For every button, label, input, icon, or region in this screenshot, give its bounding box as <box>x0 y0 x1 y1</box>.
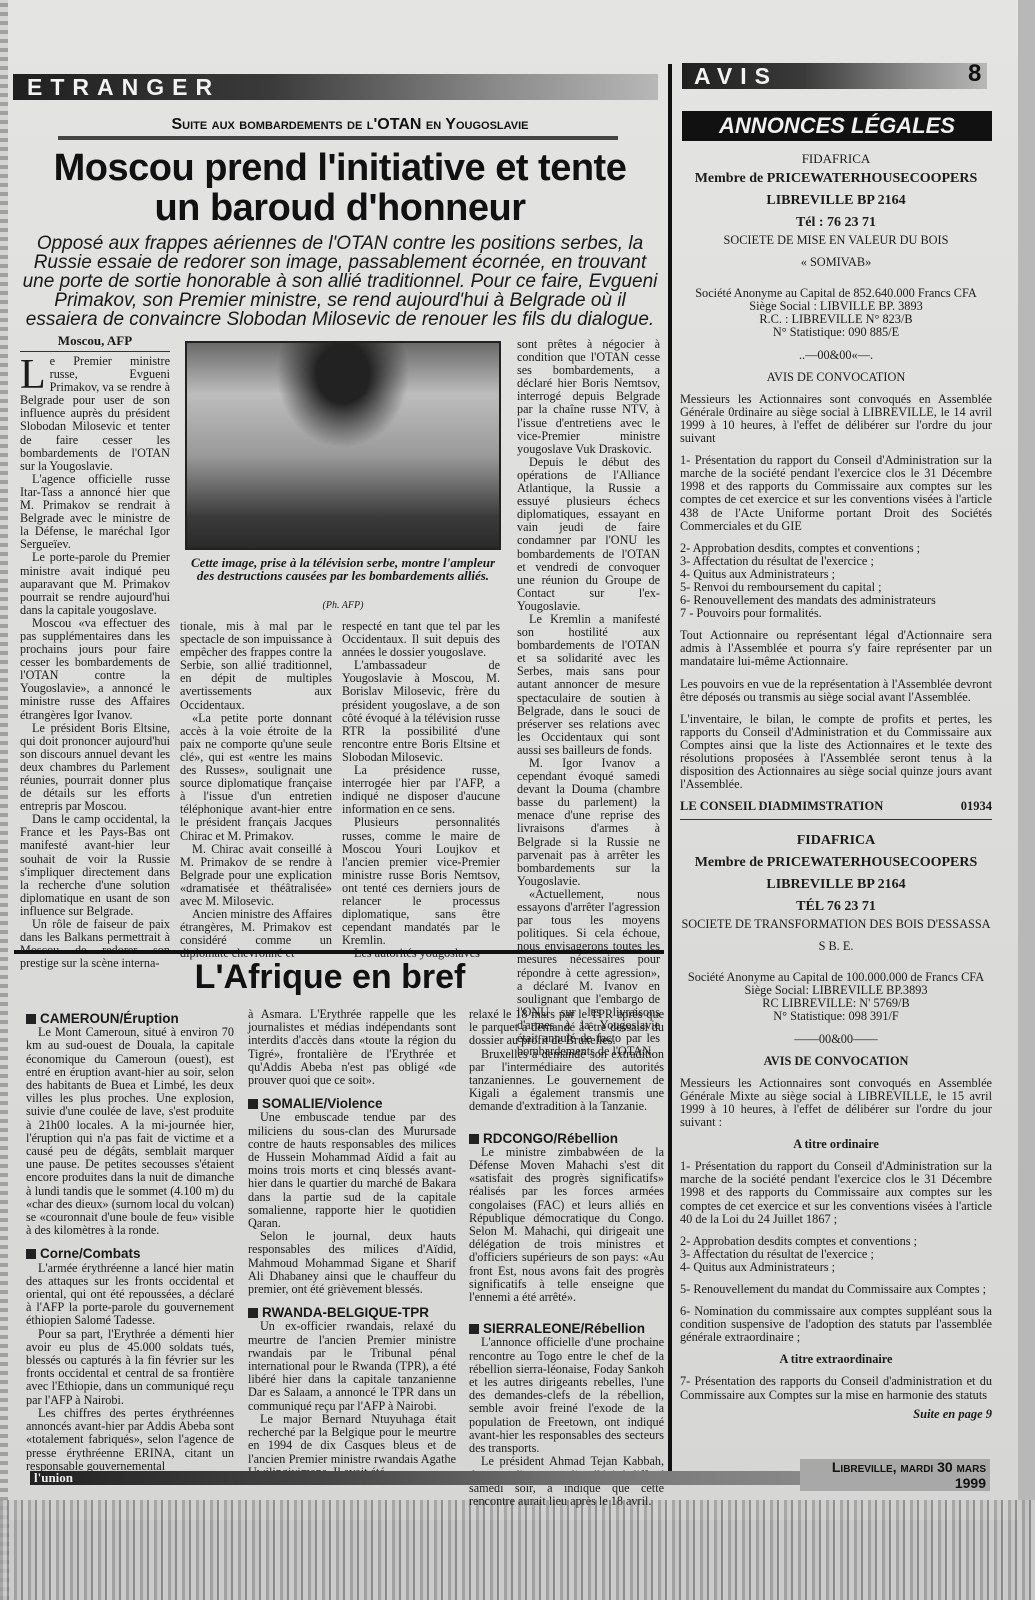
brief-heading: Corne/Combats <box>26 1247 234 1260</box>
notice-stat: N° Statistique: 090 885/E <box>680 326 992 339</box>
notice-separator: ..—00&00«—. <box>680 349 992 362</box>
article-paragraph: Le Kremlin a manifesté son hostilité aux… <box>517 613 660 757</box>
brief-paragraph: Le major Bernard Ntuyuhaga était recherc… <box>248 1413 456 1479</box>
brief-paragraph: Selon le journal, deux hauts responsable… <box>248 1230 456 1296</box>
brief-paragraph: relaxé le 18 mars par le TPR après que l… <box>469 1008 664 1048</box>
brief-heading: CAMEROUN/Éruption <box>26 1012 234 1025</box>
notice-subtitle: A titre ordinaire <box>680 1138 992 1151</box>
agenda-item: 7- Présentation des rapports du Conseil … <box>680 1375 992 1401</box>
brief-heading: SOMALIE/Violence <box>248 1097 456 1110</box>
newspaper-logo: l'union <box>34 1471 73 1485</box>
notice-stat: N° Statistique: 098 391/F <box>680 1010 992 1023</box>
legal-notice-sbe: FIDAFRICA Membre de PRICEWATERHOUSECOOPE… <box>680 830 992 1421</box>
agenda-item: 7 - Pouvoirs pour formalités. <box>680 607 992 620</box>
brief-paragraph: Le ministre zimbabwéen de la Défense Mov… <box>469 1146 664 1304</box>
notice-phone: TÉL 76 23 71 <box>680 896 992 918</box>
brief-heading: RDCONGO/Rébellion <box>469 1132 664 1145</box>
article-paragraph: Depuis le début des opérations de l'Alli… <box>517 456 660 613</box>
square-bullet-icon <box>469 1324 479 1334</box>
article-paragraph: respecté en tant que tel par les Occiden… <box>342 620 500 659</box>
agenda-item: 6- Nomination du commissaire aux comptes… <box>680 1305 992 1344</box>
article-column-3: respecté en tant que tel par les Occiden… <box>342 620 500 960</box>
headline-line-2: un baroud d'honneur <box>20 188 660 228</box>
brief-heading: RWANDA-BELGIQUE-TPR <box>248 1306 456 1319</box>
brief-paragraph: Pour sa part, l'Erythrée a démenti hier … <box>26 1328 234 1407</box>
notice-company: SOCIETE DE TRANSFORMATION DES BOIS D'ESS… <box>680 918 992 931</box>
column-divider <box>668 64 672 1474</box>
brief-paragraph: Le Mont Cameroun, situé à environ 70 km … <box>26 1026 234 1237</box>
square-bullet-icon <box>469 1134 479 1144</box>
article-paragraph: Plusieurs personnalités russes, comme le… <box>342 816 500 947</box>
agenda-item: 2- Approbation desdits comptes et conven… <box>680 1235 992 1248</box>
notice-acronym: S B. E. <box>680 940 992 953</box>
brief-paragraph: à Asmara. L'Erythrée rappelle que les jo… <box>248 1008 456 1087</box>
notice-address: LIBREVILLE BP 2164 <box>680 874 992 896</box>
brief-paragraph: Une embuscade tendue par des miliciens d… <box>248 1111 456 1230</box>
section-header-avis: AVIS <box>682 63 987 89</box>
article-headline: Moscou prend l'initiative et tente un ba… <box>20 148 660 228</box>
notice-firm: FIDAFRICA <box>680 830 992 852</box>
brief-paragraph: Bruxelles a demandé son extradition par … <box>469 1048 664 1114</box>
article-paragraph: Le Premier ministre russe, Evgueni Prima… <box>20 355 170 473</box>
news-photo <box>185 341 501 550</box>
notice-ref: 01934 <box>961 800 992 813</box>
notice-paragraph: Les pouvoirs en vue de la représentation… <box>680 678 992 704</box>
briefs-column-2: à Asmara. L'Erythrée rappelle que les jo… <box>248 1008 456 1479</box>
agenda-item: 1- Présentation du rapport du Conseil d'… <box>680 454 992 533</box>
notice-paragraph: Tout Actionnaire ou représentant légal d… <box>680 629 992 668</box>
brief-paragraph: Les chiffres des pertes érythréennes ann… <box>26 1407 234 1473</box>
article-paragraph: sont prêtes à négocier à condition que l… <box>517 338 660 456</box>
notice-address: LIBREVILLE BP 2164 <box>680 190 992 212</box>
article-paragraph: M. Igor Ivanov a cependant évoqué samedi… <box>517 757 660 888</box>
agenda-item: 3- Affectation du résultat de l'exercice… <box>680 1248 992 1261</box>
notice-paragraph: L'inventaire, le bilan, le compte de pro… <box>680 713 992 792</box>
section-header-etranger: ETRANGER <box>13 74 658 100</box>
section-rule <box>14 950 664 954</box>
kicker-rule <box>58 136 618 140</box>
article-paragraph: L'agence officielle russe Itar-Tass a an… <box>20 473 170 552</box>
article-column-1: Le Premier ministre russe, Evgueni Prima… <box>20 355 170 970</box>
notice-signature-row: LE CONSEIL DIADMIMSTRATION 01934 <box>680 800 992 813</box>
notice-phone: Tél : 76 23 71 <box>680 212 992 234</box>
notice-separator: ——00&00—— <box>680 1033 992 1046</box>
notice-company: SOCIETE DE MISE EN VALEUR DU BOIS <box>680 234 992 247</box>
agenda-item: 4- Quitus aux Administrateurs ; <box>680 568 992 581</box>
agenda-item: 1- Présentation du rapport du Conseil d'… <box>680 1160 992 1225</box>
brief-paragraph: Un ex-officier rwandais, relaxé du meurt… <box>248 1320 456 1412</box>
agenda-item: 3- Affectation du résultat de l'exercice… <box>680 555 992 568</box>
notice-divider <box>680 819 992 820</box>
photo-caption: Cette image, prise à la télévision serbe… <box>185 556 501 582</box>
page-number: 8 <box>968 60 981 88</box>
brief-paragraph: L'armée érythréenne a lancé hier matin d… <box>26 1262 234 1328</box>
legal-notice-somivab: FIDAFRICA Membre de PRICEWATERHOUSECOOPE… <box>680 150 992 826</box>
notice-subtitle: A titre extraordinaire <box>680 1353 992 1366</box>
briefs-column-3: relaxé le 18 mars par le TPR après que l… <box>469 1008 664 1508</box>
notice-intro: Messieurs les Actionnaires sont convoqué… <box>680 1077 992 1129</box>
article-paragraph: Le porte-parole du Premier ministre avai… <box>20 551 170 616</box>
brief-paragraph: L'annonce officielle d'une prochaine ren… <box>469 1336 664 1455</box>
article-paragraph: Dans le camp occidental, la France et le… <box>20 813 170 918</box>
notice-title: AVIS DE CONVOCATION <box>680 371 992 384</box>
article-paragraph: «La petite porte donnant accès à la voie… <box>180 712 332 843</box>
issue-date: Libreville, mardi 30 mars 1999 <box>800 1459 990 1491</box>
brief-heading: SIERRALEONE/Rébellion <box>469 1322 664 1335</box>
notice-acronym: « SOMIVAB» <box>680 256 992 269</box>
article-standfirst: Opposé aux frappes aériennes de l'OTAN c… <box>22 234 658 329</box>
legal-notices-banner: ANNONCES LÉGALES <box>682 111 992 141</box>
agenda-item: 4- Quitus aux Administrateurs ; <box>680 1261 992 1274</box>
article-column-2: tionale, mis à mal par le spectacle de s… <box>180 620 332 960</box>
agenda-item: 5- Renouvellement du mandat du Commissai… <box>680 1283 992 1296</box>
briefs-title: L'Afrique en bref <box>30 958 630 997</box>
article-paragraph: L'ambassadeur de Yougoslavie à Moscou, M… <box>342 659 500 764</box>
article-paragraph: M. Chirac avait conseillé à M. Primakov … <box>180 843 332 908</box>
article-paragraph: La présidence russe, interrogée hier par… <box>342 764 500 816</box>
square-bullet-icon <box>26 1014 36 1024</box>
agenda-item: 2- Approbation desdits, comptes et conve… <box>680 542 992 555</box>
square-bullet-icon <box>26 1249 36 1259</box>
headline-line-1: Moscou prend l'initiative et tente <box>20 148 660 188</box>
photo-credit: (Ph. AFP) <box>185 600 501 611</box>
square-bullet-icon <box>248 1099 258 1109</box>
notice-firm: FIDAFRICA <box>680 150 992 168</box>
article-paragraph: Le président Boris Eltsine, qui doit pro… <box>20 722 170 814</box>
notice-signature: LE CONSEIL DIADMIMSTRATION <box>680 800 883 813</box>
briefs-column-1: CAMEROUN/Éruption Le Mont Cameroun, situ… <box>26 1012 234 1473</box>
scan-edge-bottom <box>0 1500 1035 1600</box>
square-bullet-icon <box>248 1308 258 1318</box>
drop-cap: L <box>20 357 46 393</box>
article-dateline: Moscou, AFP <box>20 333 170 352</box>
notice-member: Membre de PRICEWATERHOUSECOOPERS <box>680 168 992 190</box>
continued-on-page: Suite en page 9 <box>680 1408 992 1421</box>
article-kicker: Suite aux bombardements de l'OTAN en You… <box>70 116 630 134</box>
article-paragraph: Moscou «va effectuer des pas supplémenta… <box>20 617 170 722</box>
notice-title: AVIS DE CONVOCATION <box>680 1055 992 1068</box>
notice-member: Membre de PRICEWATERHOUSECOOPERS <box>680 852 992 874</box>
notice-intro: Messieurs les Actionnaires sont convoqué… <box>680 393 992 445</box>
article-paragraph: tionale, mis à mal par le spectacle de s… <box>180 620 332 712</box>
